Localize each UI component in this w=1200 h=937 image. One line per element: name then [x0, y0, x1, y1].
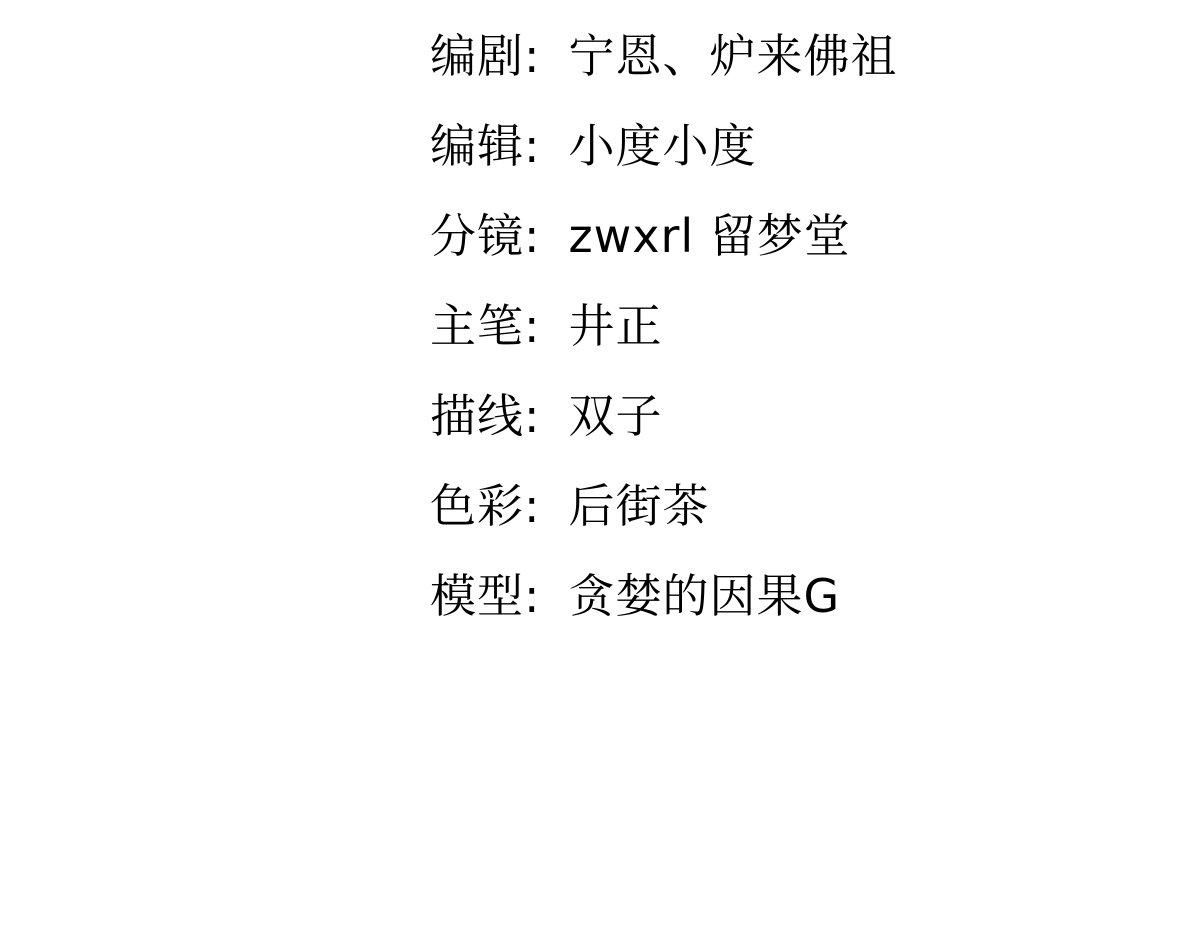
credit-role-label: 分镜:: [430, 200, 541, 266]
credit-role-label: 编剧:: [430, 20, 541, 86]
credit-row-screenwriter: 编剧: 宁恩、炉来佛祖: [430, 8, 898, 98]
credit-row-storyboard: 分镜: zwxrl 留梦堂: [430, 188, 898, 278]
credit-name-value: 井正: [569, 290, 663, 356]
credit-row-line-art: 描线: 双子: [430, 368, 898, 458]
credit-name-value: 贪婪的因果G: [569, 560, 841, 626]
credit-name-value: 双子: [569, 380, 663, 446]
credit-role-label: 编辑:: [430, 110, 541, 176]
credit-name-value: 小度小度: [569, 110, 757, 176]
credit-role-label: 描线:: [430, 380, 541, 446]
credit-role-label: 模型:: [430, 560, 541, 626]
credit-name-value: 宁恩、炉来佛祖: [569, 20, 898, 86]
credit-row-lead-artist: 主笔: 井正: [430, 278, 898, 368]
credit-name-value: zwxrl 留梦堂: [569, 200, 851, 266]
credit-role-label: 主笔:: [430, 290, 541, 356]
credit-name-value: 后街茶: [569, 470, 710, 536]
credit-row-model: 模型: 贪婪的因果G: [430, 548, 898, 638]
credit-role-label: 色彩:: [430, 470, 541, 536]
credit-row-editor: 编辑: 小度小度: [430, 98, 898, 188]
credit-row-color: 色彩: 后街茶: [430, 458, 898, 548]
credits-block: 编剧: 宁恩、炉来佛祖 编辑: 小度小度 分镜: zwxrl 留梦堂 主笔: 井…: [430, 8, 898, 638]
